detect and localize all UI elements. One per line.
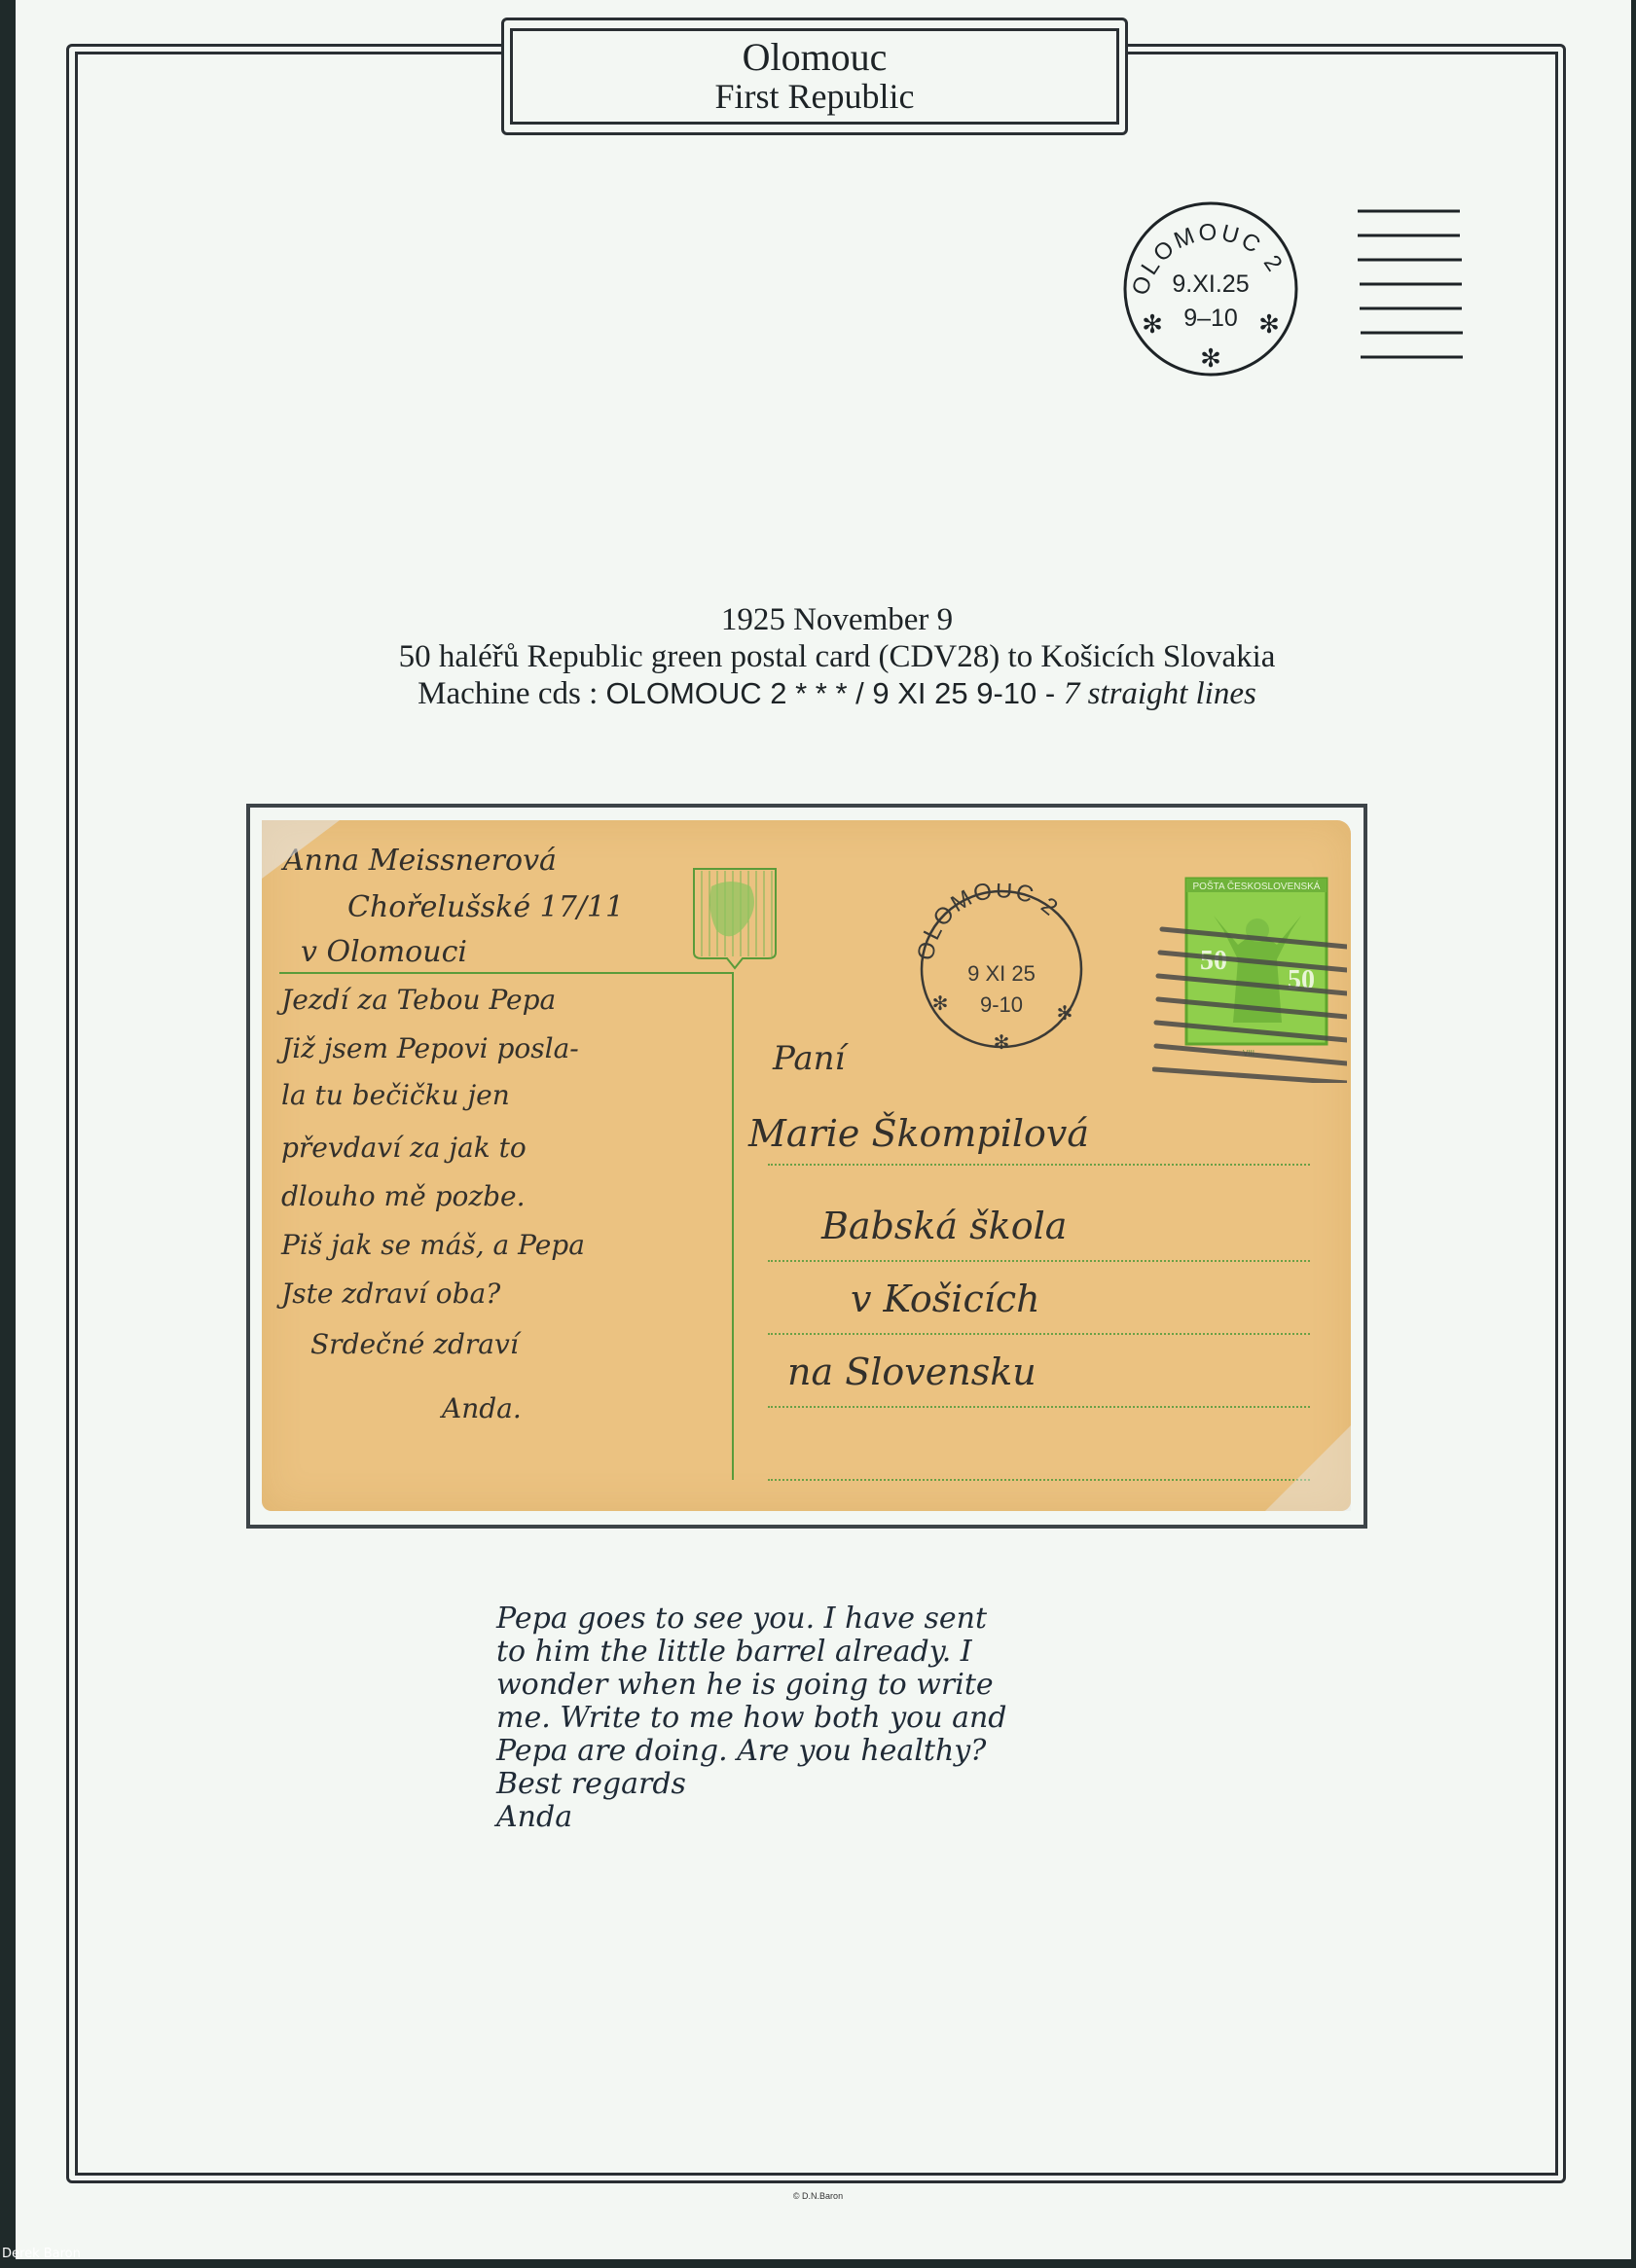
cancel-time: 9-10	[980, 992, 1023, 1017]
address-line	[768, 1333, 1310, 1335]
message-line: Jezdí za Tebou Pepa	[281, 984, 556, 1016]
svg-text:✻: ✻	[1258, 310, 1280, 340]
postmark-time: 9–10	[1183, 305, 1238, 332]
message-signature: Anda.	[442, 1392, 522, 1424]
svg-text:✻: ✻	[1200, 344, 1221, 374]
description-caption: 1925 November 9 50 haléřů Republic green…	[195, 601, 1479, 712]
postmark-date: 9.XI.25	[1172, 270, 1249, 298]
svg-text:✻: ✻	[1142, 310, 1163, 340]
stamp-legend: POŠTA ČESKOSLOVENSKÁ	[1193, 880, 1321, 892]
address-line	[768, 1164, 1310, 1166]
caption-cancel-text: OLOMOUC 2 * * * / 9 XI 25 9-10 -	[605, 676, 1063, 710]
page-subtitle: First Republic	[715, 77, 915, 116]
message-line: převdaví za jak to	[281, 1132, 527, 1164]
postcard: POŠTA ČESKOSLOVENSKÁ 50 50 VIII OLOMOUC …	[262, 820, 1351, 1511]
caption-cancel-line: Machine cds : OLOMOUC 2 * * * / 9 XI 25 …	[195, 675, 1479, 712]
address-country: na Slovensku	[787, 1350, 1036, 1393]
card-divider-vertical	[732, 972, 734, 1480]
caption-date: 1925 November 9	[195, 601, 1479, 638]
svg-text:✻: ✻	[1057, 1001, 1073, 1025]
coat-of-arms-icon	[692, 867, 778, 972]
address-recipient: Marie Škompilová	[748, 1112, 1089, 1155]
svg-text:✻: ✻	[994, 1030, 1010, 1054]
address-line	[768, 1406, 1310, 1408]
postmark-illustration-icon: OLOMOUC 2 9.XI.25 9–10 ✻ ✻ ✻	[1113, 192, 1308, 386]
address-city: v Košicích	[851, 1278, 1040, 1320]
watermark: Derek Baron	[2, 2247, 81, 2261]
message-line: Srdečné zdraví	[310, 1328, 519, 1360]
svg-text:OLOMOUC 2: OLOMOUC 2	[913, 883, 1065, 962]
straight-lines-cancel-icon	[1353, 206, 1470, 362]
scan-edge	[0, 2259, 1636, 2268]
address-salutation: Paní	[773, 1039, 845, 1078]
cancel-date: 9 XI 25	[967, 961, 1036, 986]
caption-card-description: 50 haléřů Republic green postal card (CD…	[195, 638, 1479, 675]
message-line: dlouho mě pozbe.	[281, 1180, 526, 1212]
caption-cancel-italic: 7 straight lines	[1064, 676, 1256, 711]
message-translation: Pepa goes to see you. I have sent to him…	[496, 1602, 1178, 1834]
message-line: Piš jak se máš, a Pepa	[281, 1229, 585, 1261]
circular-datestamp-icon: OLOMOUC 2 9 XI 25 9-10 ✻ ✻ ✻	[909, 883, 1094, 1063]
message-line: Jste zdraví oba?	[281, 1278, 500, 1310]
sender-street: Chořelušské 17/11	[347, 890, 624, 924]
page-title: Olomouc	[743, 38, 888, 77]
address-line	[768, 1479, 1310, 1481]
mount-corner-top-left	[262, 820, 340, 879]
card-divider-horizontal	[279, 972, 732, 974]
address-street: Babská škola	[821, 1205, 1067, 1247]
sender-city: v Olomouci	[301, 935, 467, 969]
machine-cancel-lines-icon	[1152, 918, 1347, 1083]
message-line: Již jsem Pepovi posla-	[281, 1032, 579, 1064]
cancel-town: OLOMOUC 2	[913, 883, 1065, 962]
svg-text:✻: ✻	[932, 991, 949, 1015]
page-title-box: Olomouc First Republic	[501, 18, 1128, 135]
message-line: la tu bečičku jen	[281, 1079, 510, 1111]
copyright-notice: © D.N.Baron	[0, 2191, 1636, 2201]
address-line	[768, 1260, 1310, 1262]
mount-corner-bottom-right	[1265, 1425, 1351, 1511]
